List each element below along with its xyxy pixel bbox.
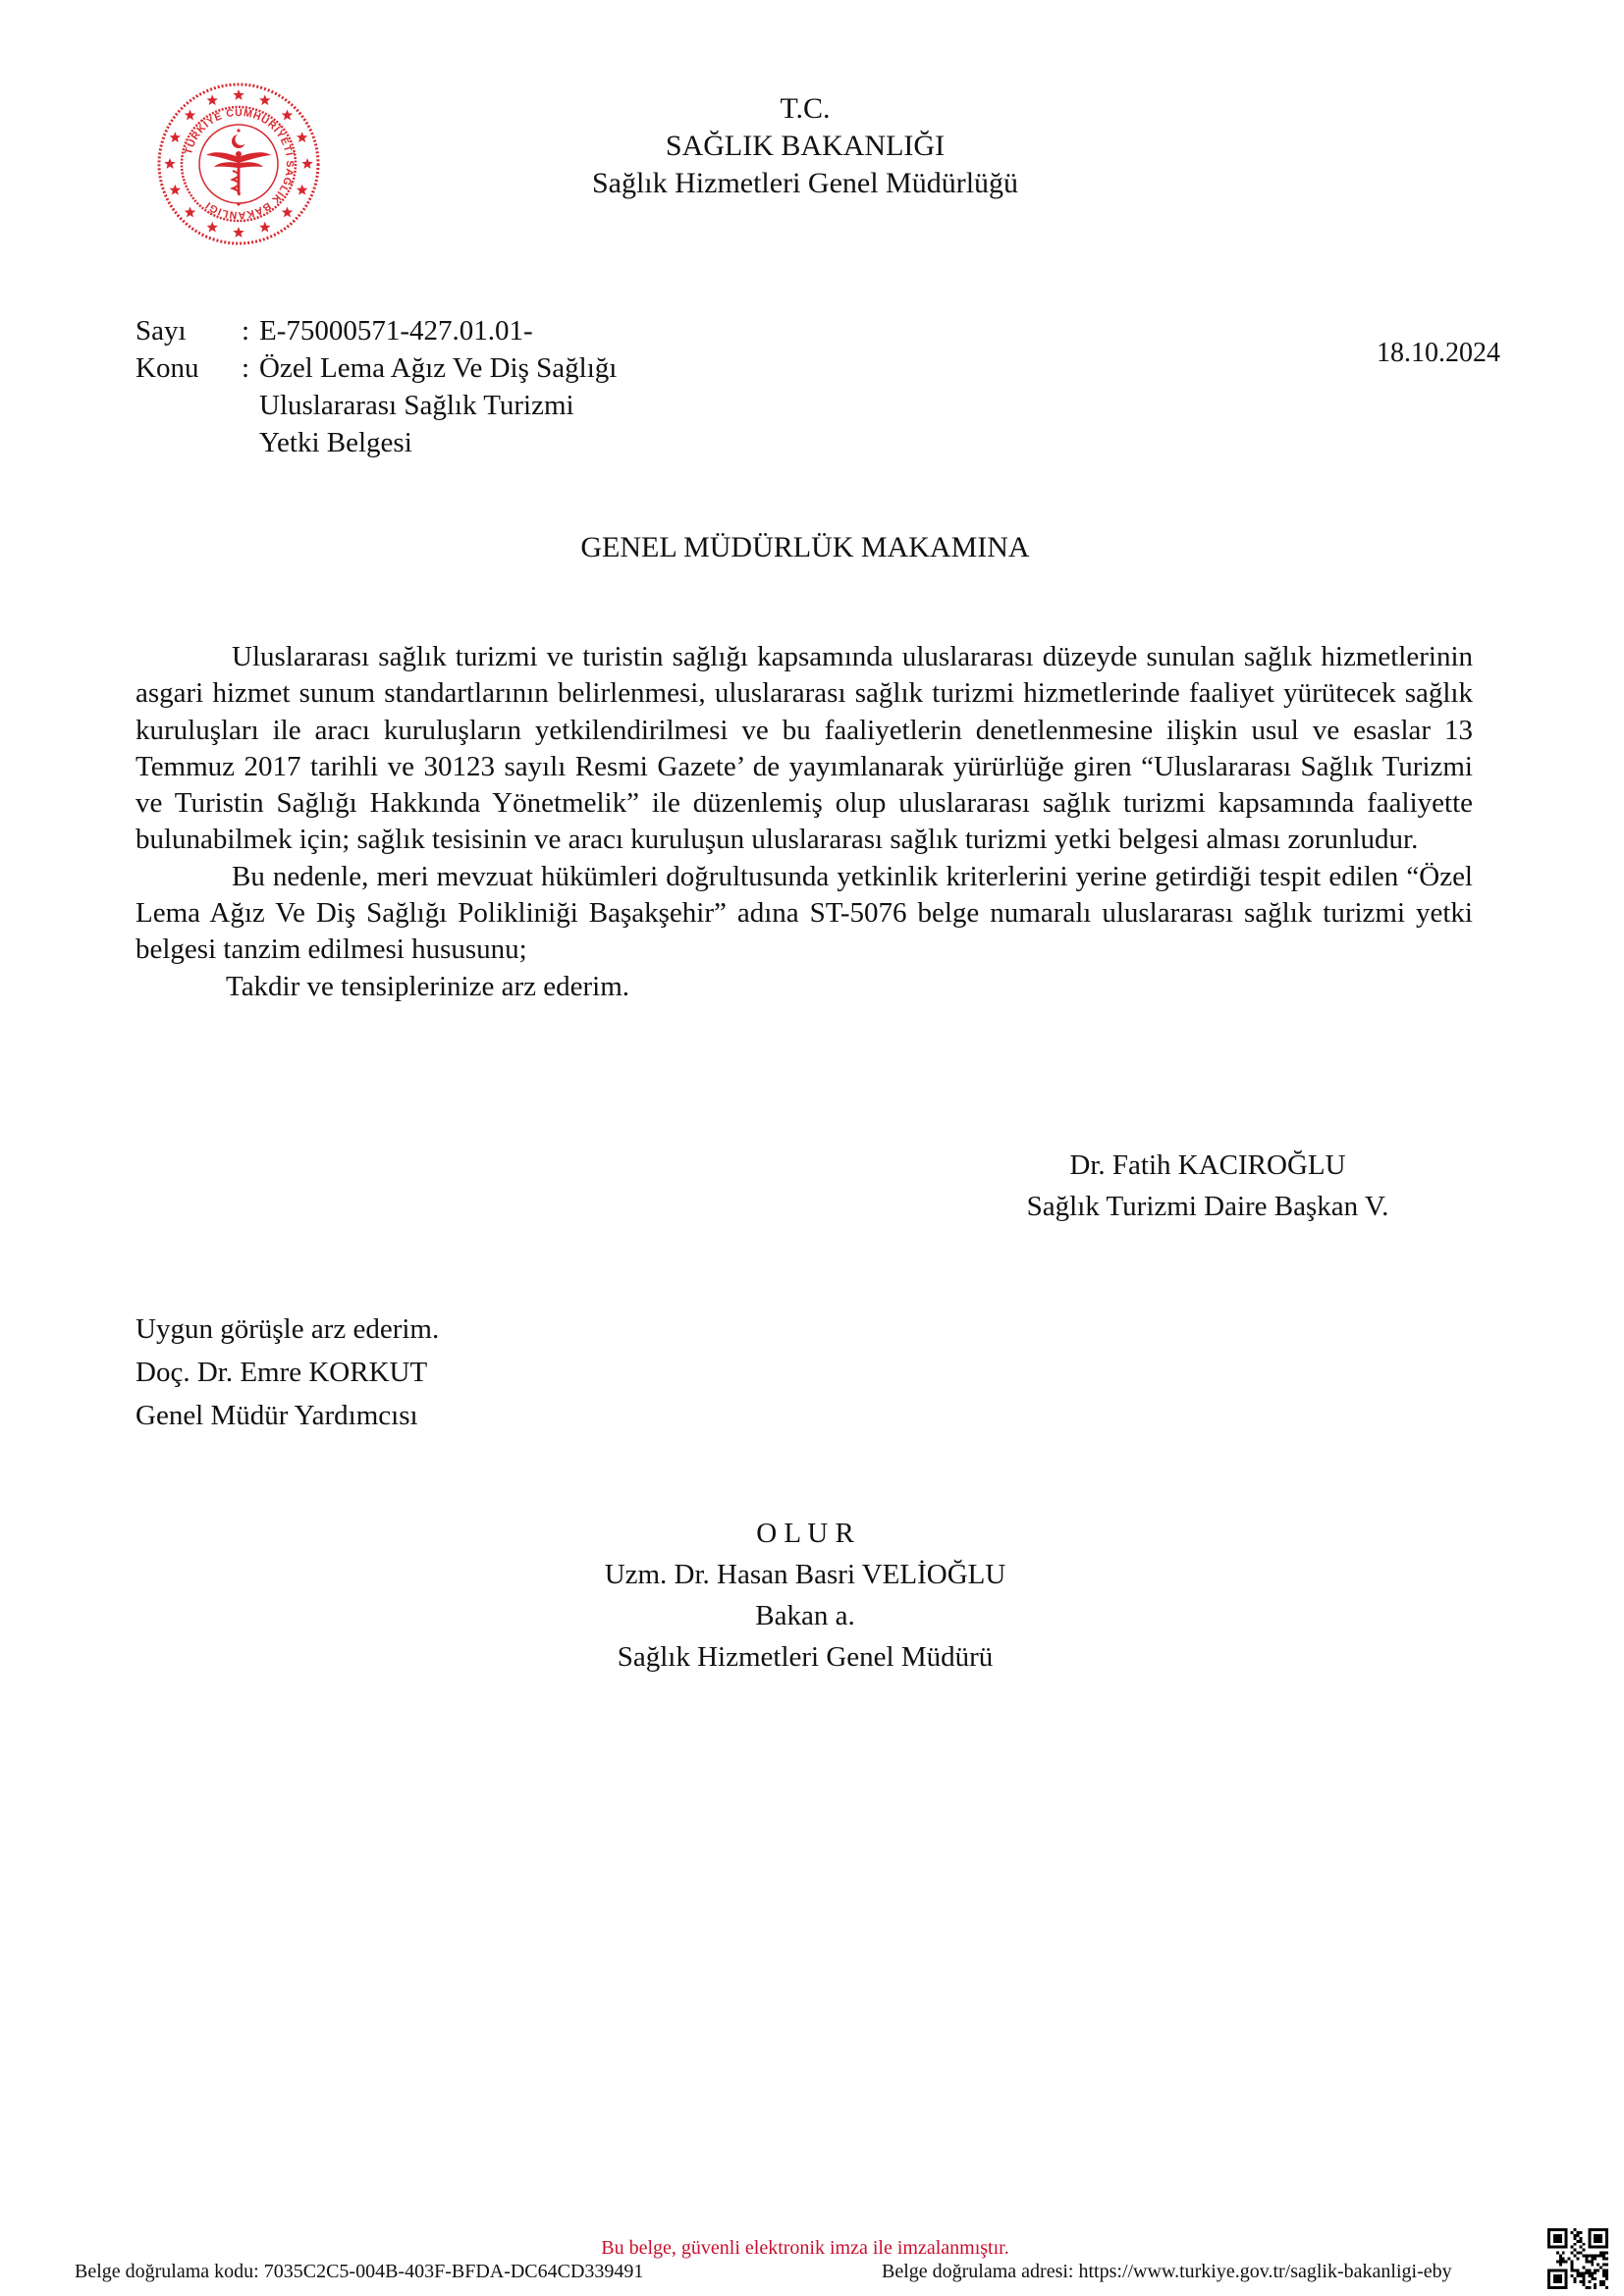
approver-name: Doç. Dr. Emre KORKUT	[135, 1351, 439, 1394]
konu-value: Özel Lema Ağız Ve Diş Sağlığı Uluslarara…	[259, 349, 617, 461]
signer-title: Sağlık Turizmi Daire Başkan V.	[913, 1186, 1502, 1227]
approver-title: Genel Müdür Yardımcısı	[135, 1394, 439, 1437]
konu-line: Yetki Belgesi	[259, 424, 617, 461]
body-paragraph-1: Uluslararası sağlık turizmi ve turistin …	[135, 639, 1473, 859]
signer-name: Dr. Fatih KACIROĞLU	[913, 1145, 1502, 1186]
on-behalf-of: Bakan a.	[0, 1595, 1610, 1636]
letterhead: T.C. SAĞLIK BAKANLIĞI Sağlık Hizmetleri …	[0, 90, 1610, 202]
e-signature-note: Bu belge, güvenli elektronik imza ile im…	[0, 2237, 1610, 2260]
header-tc: T.C.	[0, 90, 1610, 128]
sayi-value: E-75000571-427.01.01-	[259, 312, 533, 349]
addressee: GENEL MÜDÜRLÜK MAKAMINA	[0, 531, 1610, 564]
document-date: 18.10.2024	[1377, 338, 1500, 369]
qr-code-icon	[1547, 2228, 1608, 2289]
konu-line: Uluslararası Sağlık Turizmi	[259, 387, 617, 424]
qr-code[interactable]	[1547, 2228, 1608, 2289]
konu-line: Özel Lema Ağız Ve Diş Sağlığı	[259, 349, 617, 387]
approver-final-name: Uzm. Dr. Hasan Basri VELİOĞLU	[0, 1554, 1610, 1595]
sayi-label: Sayı	[135, 312, 242, 349]
header-ministry: SAĞLIK BAKANLIĞI	[0, 128, 1610, 165]
closing-line: Takdir ve tensiplerinize arz ederim.	[135, 969, 1473, 1005]
body-paragraph-2: Bu nedenle, meri mevzuat hükümleri doğru…	[135, 859, 1473, 969]
approval-block: Uygun görüşle arz ederim. Doç. Dr. Emre …	[135, 1308, 439, 1437]
sayi-row: Sayı : E-75000571-427.01.01-	[135, 312, 617, 349]
konu-label: Konu	[135, 349, 242, 461]
approval-note: Uygun görüşle arz ederim.	[135, 1308, 439, 1351]
colon: :	[242, 349, 259, 461]
konu-row: Konu : Özel Lema Ağız Ve Diş Sağlığı Ulu…	[135, 349, 617, 461]
document-meta: Sayı : E-75000571-427.01.01- Konu : Özel…	[135, 312, 617, 461]
verification-code: Belge doğrulama kodu: 7035C2C5-004B-403F…	[75, 2261, 643, 2283]
approver-final-title: Sağlık Hizmetleri Genel Müdürü	[0, 1636, 1610, 1678]
signer-block: Dr. Fatih KACIROĞLU Sağlık Turizmi Daire…	[913, 1145, 1502, 1227]
colon: :	[242, 312, 259, 349]
olur-word: O L U R	[0, 1513, 1610, 1554]
verification-address-link[interactable]: Belge doğrulama adresi: https://www.turk…	[882, 2261, 1545, 2283]
olur-block: O L U R Uzm. Dr. Hasan Basri VELİOĞLU Ba…	[0, 1513, 1610, 1678]
header-directorate: Sağlık Hizmetleri Genel Müdürlüğü	[0, 165, 1610, 202]
letter-body: Uluslararası sağlık turizmi ve turistin …	[135, 639, 1473, 1005]
